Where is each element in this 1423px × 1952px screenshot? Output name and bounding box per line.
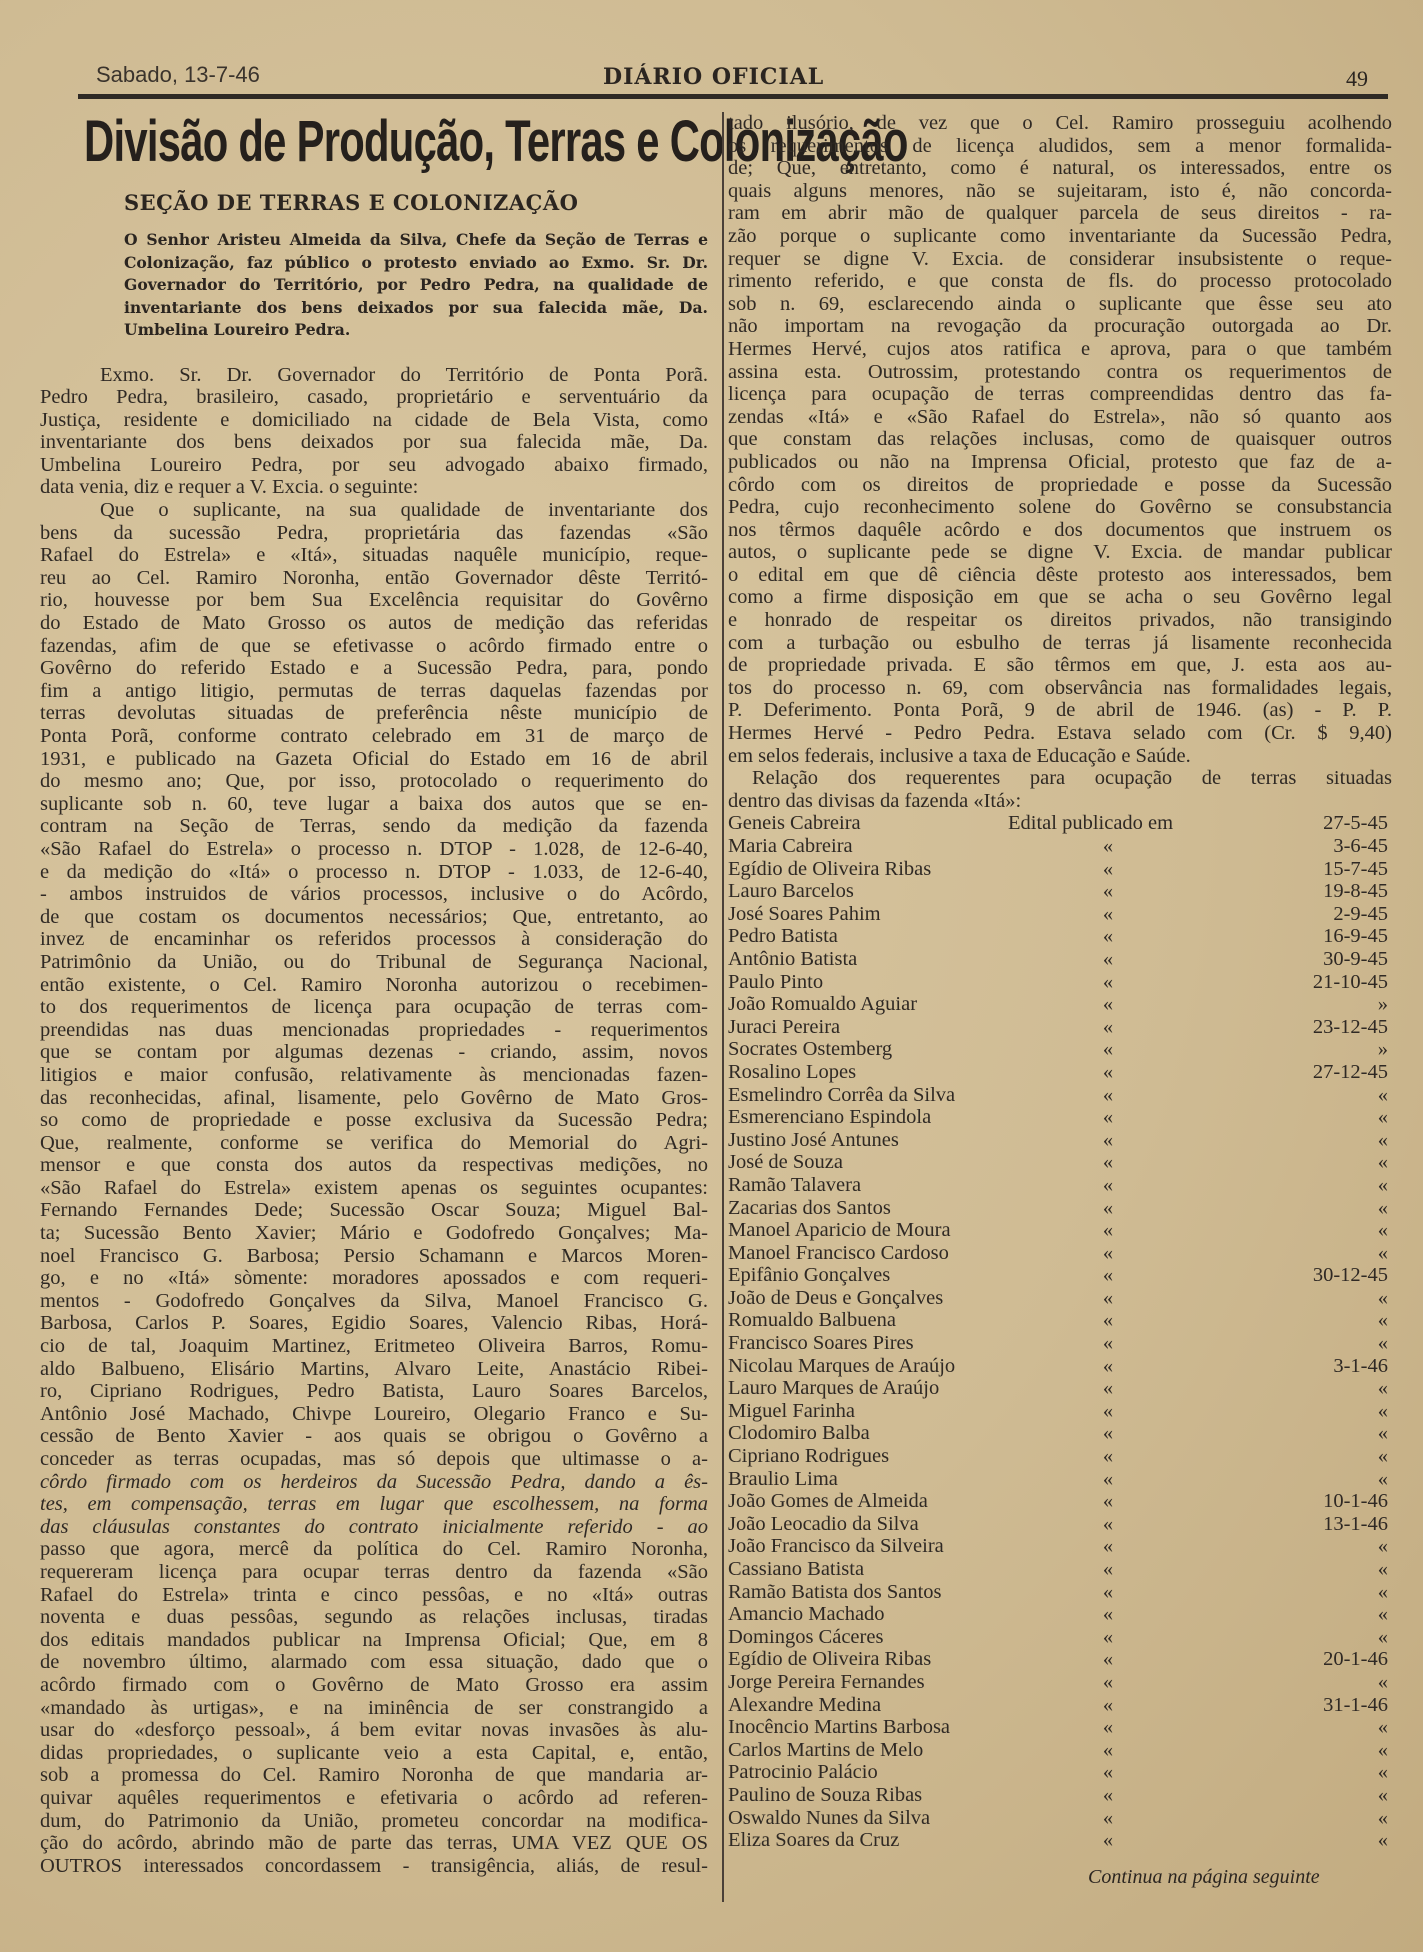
requerente-name: Antônio Batista [724,948,1008,971]
table-row: Braulio Lima«« [724,1468,1392,1491]
text-line: e honrado de respeitar os direitos priva… [724,609,1392,632]
table-row: João Gomes de Almeida«10-1-46 [724,1490,1392,1513]
table-row: Antônio Batista«30-9-45 [724,948,1392,971]
edital-column: « [1008,993,1208,1016]
edital-column: « [1008,1558,1208,1581]
headline: Divisão de Produção, Terras e Colonizaçã… [84,112,732,172]
page-number: 49 [1346,66,1368,92]
issue-date: Sabado, 13-7-46 [96,62,260,88]
requerente-name: José Soares Pahim [724,903,1008,926]
edital-date: « [1208,1197,1388,1220]
text-line: ta; Sucessão Bento Xavier; Mário e Godof… [40,1222,708,1245]
text-line: das reconhecidas, afinal, lisamente, pel… [40,1087,708,1110]
edital-date: « [1208,1377,1388,1400]
requerente-name: Cipriano Rodrigues [724,1445,1008,1468]
requerente-name: Cassiano Batista [724,1558,1008,1581]
text-line: Que, realmente, conforme se verifica do … [40,1132,708,1155]
text-line: o edital em que dê ciência dêste protest… [724,564,1392,587]
edital-date: « [1208,1084,1388,1107]
text-line: em selos federais, inclusive a taxa de E… [724,745,1392,768]
petition-text-left: Exmo. Sr. Dr. Governador do Território d… [40,364,708,1878]
table-row: Socrates Ostemberg«» [724,1038,1392,1061]
text-line: cio de tal, Joaquim Martinez, Eritmeteo … [40,1335,708,1358]
edital-date: 13-1-46 [1208,1513,1388,1536]
edital-date: 15-7-45 [1208,858,1388,881]
edital-column: « [1008,1106,1208,1129]
requerente-name: Manoel Francisco Cardoso [724,1242,1008,1265]
edital-column: « [1008,880,1208,903]
requerente-name: Justino José Antunes [724,1129,1008,1152]
text-line: dum, do Patrimonio da União, prometeu co… [40,1810,708,1833]
table-row: Nicolau Marques de Araújo«3-1-46 [724,1355,1392,1378]
requerente-name: João Francisco da Silveira [724,1535,1008,1558]
requerente-name: João de Deus e Gonçalves [724,1287,1008,1310]
text-line: conceder as terras ocupadas, mas só depo… [40,1448,708,1471]
table-row: João de Deus e Gonçalves«« [724,1287,1392,1310]
text-line: go, e no «Itá» sòmente: moradores apossa… [40,1267,708,1290]
text-line: que se contam por algumas dezenas - cria… [40,1041,708,1064]
text-line: invez de encaminhar os referidos process… [40,928,708,951]
text-line: não importam na revogação da procuração … [724,315,1392,338]
table-row: José Soares Pahim«2-9-45 [724,903,1392,926]
text-line: os requerimentos de licença aludidos, se… [724,135,1392,158]
table-row: Paulo Pinto«21-10-45 [724,971,1392,994]
requerente-name: Inocêncio Martins Barbosa [724,1716,1008,1739]
requerente-name: Epifânio Gonçalves [724,1264,1008,1287]
edital-date: « [1208,1151,1388,1174]
table-row: Egídio de Oliveira Ribas«15-7-45 [724,858,1392,881]
requerente-name: Manoel Aparicio de Moura [724,1219,1008,1242]
table-row: Epifânio Gonçalves«30-12-45 [724,1264,1392,1287]
table-row: Patrocinio Palácio«« [724,1761,1392,1784]
requerente-name: José de Souza [724,1151,1008,1174]
text-line: acôrdo firmado com o Govêrno de Mato Gro… [40,1674,708,1697]
text-line: tado ilusório, de vez que o Cel. Ramiro … [724,112,1392,135]
text-line: assina esta. Outrossim, protestando cont… [724,361,1392,384]
edital-date: « [1208,1807,1388,1830]
text-line: zão porque o suplicante como inventarian… [724,225,1392,248]
table-row: Miguel Farinha«« [724,1400,1392,1423]
text-line: Rafael do Estrela» e «Itá», situadas naq… [40,544,708,567]
requerente-name: Nicolau Marques de Araújo [724,1355,1008,1378]
text-line: zendas «Itá» e «São Rafael do Estrela», … [724,406,1392,429]
table-row: Domingos Cáceres«« [724,1626,1392,1649]
table-row: Ramão Batista dos Santos«« [724,1581,1392,1604]
requerente-name: Patrocinio Palácio [724,1761,1008,1784]
edital-column: « [1008,1784,1208,1807]
text-line: com a turbação ou esbulho de terras já l… [724,632,1392,655]
table-row: Carlos Martins de Melo«« [724,1739,1392,1762]
text-line: rimento referido, e que consta de fls. d… [724,270,1392,293]
requerente-name: Amancio Machado [724,1603,1008,1626]
table-row: Juraci Pereira«23-12-45 [724,1016,1392,1039]
text-line: Patrimônio da União, ou do Tribunal de S… [40,951,708,974]
text-line: «São Rafael do Estrela» o processo n. DT… [40,838,708,861]
table-row: Justino José Antunes«« [724,1129,1392,1152]
table-row: Rosalino Lopes«27-12-45 [724,1061,1392,1084]
text-line: como a firme disposição em que se acha o… [724,586,1392,609]
table-row: Eliza Soares da Cruz«« [724,1829,1392,1852]
text-line: passo que agora, mercê da política do Ce… [40,1538,708,1561]
edital-column: « [1008,1061,1208,1084]
table-row: Pedro Batista«16-9-45 [724,925,1392,948]
table-row: Cipriano Rodrigues«« [724,1445,1392,1468]
text-line: sob a promessa do Cel. Ramiro Noronha de… [40,1764,708,1787]
edital-date: « [1208,1739,1388,1762]
text-line: Govêrno do referido Estado e a Sucessão … [40,657,708,680]
text-line: reu ao Cel. Ramiro Noronha, então Govern… [40,567,708,590]
requerente-name: Jorge Pereira Fernandes [724,1671,1008,1694]
text-line: ção do acôrdo, abrindo mão de parte das … [40,1832,708,1855]
text-line: do mesmo ano; Que, por isso, protocolado… [40,770,708,793]
text-line: contram na Seção de Terras, sendo da med… [40,815,708,838]
newspaper-page: Sabado, 13-7-46 DIÁRIO OFICIAL 49 Divisã… [0,0,1423,1952]
text-line: Antônio José Machado, Chivpe Loureiro, O… [40,1403,708,1426]
edital-date: 30-12-45 [1208,1264,1388,1287]
edital-date: « [1208,1129,1388,1152]
table-row: Manoel Aparicio de Moura«« [724,1219,1392,1242]
text-line: suplicante sob n. 60, teve lugar a baixa… [40,793,708,816]
requerente-name: Socrates Ostemberg [724,1038,1008,1061]
table-row: Oswaldo Nunes da Silva«« [724,1807,1392,1830]
text-line: dos editais mandados publicar na Imprens… [40,1629,708,1652]
table-row: Alexandre Medina«31-1-46 [724,1694,1392,1717]
edital-date: 16-9-45 [1208,925,1388,948]
text-line: dentro das divisas da fazenda «Itá»: [724,790,1392,813]
table-row: Inocêncio Martins Barbosa«« [724,1716,1392,1739]
requerente-name: Miguel Farinha [724,1400,1008,1423]
edital-date: « [1208,1445,1388,1468]
edital-column: « [1008,1694,1208,1717]
requerente-name: Lauro Marques de Araújo [724,1377,1008,1400]
text-line: «São Rafael do Estrela» existem apenas o… [40,1177,708,1200]
edital-date: 3-6-45 [1208,835,1388,858]
edital-date: « [1208,1422,1388,1445]
text-line: Relação dos requerentes para ocupação de… [724,767,1392,790]
lead-paragraph: O Senhor Aristeu Almeida da Silva, Chefe… [124,229,708,342]
edital-date: « [1208,1242,1388,1265]
edital-date: « [1208,1400,1388,1423]
requerente-name: Geneis Cabreira [724,812,1008,835]
edital-date: « [1208,1309,1388,1332]
requerente-name: Domingos Cáceres [724,1626,1008,1649]
edital-date: 23-12-45 [1208,1016,1388,1039]
edital-column: « [1008,1287,1208,1310]
edital-date: « [1208,1287,1388,1310]
text-line: que constam das relações inclusas, como … [724,428,1392,451]
table-row: Cassiano Batista«« [724,1558,1392,1581]
edital-date: » [1208,1038,1388,1061]
edital-column: « [1008,1377,1208,1400]
table-row: Maria Cabreira«3-6-45 [724,835,1392,858]
text-line: to dos requerimentos de licença para ocu… [40,996,708,1019]
table-row: Paulino de Souza Ribas«« [724,1784,1392,1807]
requerente-name: Rosalino Lopes [724,1061,1008,1084]
edital-column: « [1008,1016,1208,1039]
requerente-name: Clodomiro Balba [724,1422,1008,1445]
text-line: terras devolutas situadas de preferência… [40,702,708,725]
edital-date: 2-9-45 [1208,903,1388,926]
requerente-name: Paulino de Souza Ribas [724,1784,1008,1807]
text-line: e da medição do «Itá» o processo n. DTOP… [40,861,708,884]
requerente-name: Ramão Batista dos Santos [724,1581,1008,1604]
edital-date: « [1208,1174,1388,1197]
edital-date: 27-12-45 [1208,1061,1388,1084]
table-row: João Francisco da Silveira«« [724,1535,1392,1558]
masthead: Sabado, 13-7-46 DIÁRIO OFICIAL 49 [78,58,1388,99]
text-line: Justiça, residente e domiciliado na cida… [40,409,708,432]
edital-column: « [1008,1739,1208,1762]
requerente-name: Francisco Soares Pires [724,1332,1008,1355]
edital-date: 3-1-46 [1208,1355,1388,1378]
edital-column: « [1008,1513,1208,1536]
edital-date: « [1208,1581,1388,1604]
text-line: aldo Balbueno, Elisário Martins, Alvaro … [40,1358,708,1381]
requerente-name: Braulio Lima [724,1468,1008,1491]
text-line: fazendas, afim de que se efetivasse o ac… [40,635,708,658]
edital-column: « [1008,1716,1208,1739]
edital-column: « [1008,1535,1208,1558]
edital-column: « [1008,1603,1208,1626]
requerente-name: João Romualdo Aguiar [724,993,1008,1016]
edital-date: » [1208,993,1388,1016]
edital-date: « [1208,1106,1388,1129]
table-row: Esmerenciano Espindola«« [724,1106,1392,1129]
table-row: Geneis CabreiraEdital publicado em27-5-4… [724,812,1392,835]
edital-column: « [1008,1671,1208,1694]
edital-date: « [1208,1784,1388,1807]
text-line: Barbosa, Carlos P. Soares, Egidio Soares… [40,1312,708,1335]
edital-date: 20-1-46 [1208,1648,1388,1671]
requerente-name: Pedro Batista [724,925,1008,948]
edital-column: « [1008,1219,1208,1242]
text-line: quais alguns menores, não se sujeitaram,… [724,180,1392,203]
text-line: didas propriedades, o suplicante veio a … [40,1742,708,1765]
text-line: publicados ou não na Imprensa Oficial, p… [724,451,1392,474]
edital-column: « [1008,1761,1208,1784]
text-line: cessão de Bento Xavier - aos quais se ob… [40,1425,708,1448]
edital-date: « [1208,1219,1388,1242]
text-line: OUTROS interessados concordassem - trans… [40,1855,708,1878]
text-line: sob n. 69, esclarecendo ainda o suplican… [724,293,1392,316]
text-line: rio, houvesse por bem Sua Excelência req… [40,589,708,612]
edital-column: « [1008,1197,1208,1220]
text-line: bens da sucessão Pedra, proprietária das… [40,522,708,545]
edital-date: « [1208,1603,1388,1626]
edital-column: « [1008,1490,1208,1513]
table-row: Lauro Barcelos«19-8-45 [724,880,1392,903]
edital-column: « [1008,1332,1208,1355]
edital-date: « [1208,1716,1388,1739]
requerente-name: Ramão Talavera [724,1174,1008,1197]
right-column: tado ilusório, de vez que o Cel. Ramiro … [722,112,1392,1902]
table-row: Francisco Soares Pires«« [724,1332,1392,1355]
text-line: - ambos instruidos de vários processos, … [40,883,708,906]
requerente-name: Alexandre Medina [724,1694,1008,1717]
edital-column: « [1008,1829,1208,1852]
edital-date: « [1208,1468,1388,1491]
requerente-name: Oswaldo Nunes da Silva [724,1807,1008,1830]
edital-date: « [1208,1761,1388,1784]
edital-date: 31-1-46 [1208,1694,1388,1717]
edital-column: « [1008,1355,1208,1378]
requerente-name: Juraci Pereira [724,1016,1008,1039]
text-line: de novembro último, alarmado com essa si… [40,1651,708,1674]
edital-date: 10-1-46 [1208,1490,1388,1513]
table-row: Jorge Pereira Fernandes«« [724,1671,1392,1694]
edital-column: « [1008,1264,1208,1287]
edital-column: « [1008,1445,1208,1468]
text-line: Pedra, cujo reconhecimento solene do Gov… [724,496,1392,519]
text-line: côrdo firmado com os herdeiros da Sucess… [40,1471,708,1494]
text-line: Pedro Pedra, brasileiro, casado, proprie… [40,386,708,409]
newspaper-title: DIÁRIO OFICIAL [603,64,824,90]
text-line: autos, o suplicante pede se digne V. Exc… [724,541,1392,564]
edital-column: « [1008,1468,1208,1491]
edital-date: « [1208,1626,1388,1649]
requerente-name: Egídio de Oliveira Ribas [724,1648,1008,1671]
text-line: então existente, o Cel. Ramiro Noronha a… [40,974,708,997]
text-line: do Estado de Mato Grosso os autos de med… [40,612,708,635]
table-row: João Romualdo Aguiar«» [724,993,1392,1016]
requerente-name: Maria Cabreira [724,835,1008,858]
petition-text-right: tado ilusório, de vez que o Cel. Ramiro … [724,112,1392,812]
text-line: «mandado às urtigas», e na iminência de … [40,1697,708,1720]
edital-column: « [1008,1309,1208,1332]
edital-column: « [1008,1038,1208,1061]
text-line: inventariante dos bens deixados por sua … [40,431,708,454]
text-line: côrdo com os direitos de propriedade e p… [724,474,1392,497]
edital-column: Edital publicado em [1008,812,1208,835]
text-line: preendidas nas duas mencionadas propried… [40,1019,708,1042]
text-line: licença para ocupação de terras compreen… [724,383,1392,406]
requerentes-table: Geneis CabreiraEdital publicado em27-5-4… [724,812,1392,1851]
requerente-name: Esmerenciano Espindola [724,1106,1008,1129]
table-row: Clodomiro Balba«« [724,1422,1392,1445]
table-row: Egídio de Oliveira Ribas«20-1-46 [724,1648,1392,1671]
left-column: Divisão de Produção, Terras e Colonizaçã… [40,112,708,1877]
edital-date: « [1208,1558,1388,1581]
text-line: Exmo. Sr. Dr. Governador do Território d… [40,364,708,387]
text-line: mensor e que consta dos autos da respect… [40,1154,708,1177]
edital-column: « [1008,1807,1208,1830]
edital-date: « [1208,1829,1388,1852]
table-row: Amancio Machado«« [724,1603,1392,1626]
edital-date: « [1208,1671,1388,1694]
edital-date: 21-10-45 [1208,971,1388,994]
edital-column: « [1008,835,1208,858]
text-line: nos têrmos daquêle acôrdo e dos document… [724,519,1392,542]
edital-date: « [1208,1332,1388,1355]
text-line: data venia, diz e requer a V. Excia. o s… [40,476,708,499]
text-line: Umbelina Loureiro Pedra, por seu advogad… [40,454,708,477]
edital-column: « [1008,1174,1208,1197]
requerente-name: Egídio de Oliveira Ribas [724,858,1008,881]
text-line: ram em abrir mão de qualquer parcela de … [724,202,1392,225]
edital-column: « [1008,1581,1208,1604]
continuation-note: Continua na página seguinte [1088,1866,1392,1889]
text-line: quivar aquêles requerimentos e efetivari… [40,1787,708,1810]
text-line: 1931, e publicado na Gazeta Oficial do E… [40,748,708,771]
requerente-name: Esmelindro Corrêa da Silva [724,1084,1008,1107]
text-line: de propriedade privada. E são têrmos em … [724,654,1392,677]
text-line: requereram licença para ocupar terras de… [40,1561,708,1584]
edital-column: « [1008,948,1208,971]
edital-column: « [1008,1084,1208,1107]
text-line: noel Francisco G. Barbosa; Persio Schama… [40,1245,708,1268]
text-line: mentos - Godofredo Gonçalves da Silva, M… [40,1290,708,1313]
edital-column: « [1008,925,1208,948]
requerente-name: João Gomes de Almeida [724,1490,1008,1513]
edital-column: « [1008,903,1208,926]
table-row: Ramão Talavera«« [724,1174,1392,1197]
edital-column: « [1008,1626,1208,1649]
text-line: fim a antigo litigio, permutas de terras… [40,680,708,703]
edital-date: 19-8-45 [1208,880,1388,903]
text-line: Rafael do Estrela» trinta e cinco pessôa… [40,1584,708,1607]
text-line: Hermes Hervé - Pedro Pedra. Estava selad… [724,722,1392,745]
text-line: litigios e maior confusão, relativamente… [40,1064,708,1087]
table-row: Manoel Francisco Cardoso«« [724,1242,1392,1265]
text-line: Que o suplicante, na sua qualidade de in… [40,499,708,522]
table-row: Zacarias dos Santos«« [724,1197,1392,1220]
text-line: Ponta Porã, conforme contrato celebrado … [40,725,708,748]
text-line: P. Deferimento. Ponta Porã, 9 de abril d… [724,699,1392,722]
requerente-name: Zacarias dos Santos [724,1197,1008,1220]
text-line: de que costam os documentos necessários;… [40,906,708,929]
table-row: Lauro Marques de Araújo«« [724,1377,1392,1400]
edital-column: « [1008,858,1208,881]
edital-column: « [1008,1151,1208,1174]
edital-column: « [1008,1422,1208,1445]
section-subhead: SEÇÃO DE TERRAS E COLONIZAÇÃO [124,190,708,215]
edital-date: 30-9-45 [1208,948,1388,971]
text-line: noventa e duas pessôas, segundo as relaç… [40,1606,708,1629]
requerente-name: Carlos Martins de Melo [724,1739,1008,1762]
requerente-name: Lauro Barcelos [724,880,1008,903]
table-row: João Leocadio da Silva«13-1-46 [724,1513,1392,1536]
text-line: usar do «desforço pessoal», á bem evitar… [40,1719,708,1742]
text-line: Hermes Hervé, cujos atos ratifica e apro… [724,338,1392,361]
requerente-name: João Leocadio da Silva [724,1513,1008,1536]
edital-column: « [1008,1400,1208,1423]
text-line: das cláusulas constantes do contrato ini… [40,1516,708,1539]
text-line: Fernando Fernandes Dede; Sucessão Oscar … [40,1199,708,1222]
edital-column: « [1008,1648,1208,1671]
text-line: tos do processo n. 69, com observância n… [724,677,1392,700]
edital-column: « [1008,1129,1208,1152]
edital-date: 27-5-45 [1208,812,1388,835]
requerente-name: Eliza Soares da Cruz [724,1829,1008,1852]
table-row: José de Souza«« [724,1151,1392,1174]
requerente-name: Romualdo Balbuena [724,1309,1008,1332]
edital-column: « [1008,1242,1208,1265]
edital-column: « [1008,971,1208,994]
edital-date: « [1208,1535,1388,1558]
text-line: de; Que, entretanto, como é natural, os … [724,157,1392,180]
table-row: Romualdo Balbuena«« [724,1309,1392,1332]
table-row: Esmelindro Corrêa da Silva«« [724,1084,1392,1107]
text-line: so como de propriedade e posse exclusiva… [40,1109,708,1132]
text-line: tes, em compensação, terras em lugar que… [40,1493,708,1516]
text-line: ro, Cipriano Rodrigues, Pedro Batista, L… [40,1380,708,1403]
text-line: requer se digne V. Excia. de considerar … [724,248,1392,271]
requerente-name: Paulo Pinto [724,971,1008,994]
